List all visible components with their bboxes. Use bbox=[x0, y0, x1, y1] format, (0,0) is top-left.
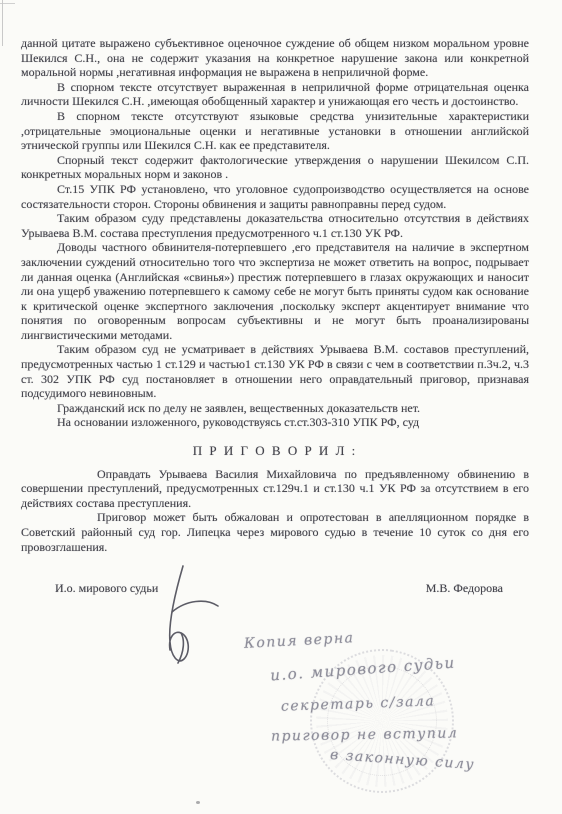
handwritten-note-line: приговор не вступил bbox=[271, 725, 459, 744]
handwritten-note-line: Копия верна bbox=[244, 630, 355, 652]
scan-artifact-top-edge bbox=[0, 3, 15, 4]
operative-paragraph: Приговор может быть обжалован и опротест… bbox=[21, 510, 529, 554]
operative-paragraph: Оправдать Урываева Василия Михайловича п… bbox=[21, 467, 529, 511]
body-paragraph: В спорном тексте отсутствует выраженная … bbox=[21, 80, 529, 109]
body-paragraph: Доводы частного обвинителя-потерпевшего … bbox=[21, 240, 529, 342]
scanned-court-document-page: данной цитате выражено субъективное оцен… bbox=[0, 0, 562, 814]
body-paragraph: данной цитате выражено субъективное оцен… bbox=[21, 36, 529, 80]
body-paragraph: Гражданский иск по делу не заявлен, веще… bbox=[21, 401, 529, 416]
body-paragraph: Таким образом суд не усматривает в дейст… bbox=[21, 342, 529, 400]
judge-name: М.В. Федорова bbox=[426, 581, 503, 596]
body-paragraph: Ст.15 УПК РФ установлено, что уголовное … bbox=[21, 182, 529, 211]
scan-artifact-speck bbox=[196, 801, 200, 804]
body-paragraph: Спорный текст содержит фактологические у… bbox=[21, 153, 529, 182]
signature-row: И.о. мирового судьи М.В. Федорова bbox=[21, 581, 529, 596]
body-paragraph: На основании изложенного, руководствуясь… bbox=[21, 415, 529, 430]
judge-title: И.о. мирового судьи bbox=[55, 581, 158, 596]
document-body: данной цитате выражено субъективное оцен… bbox=[21, 36, 529, 596]
scan-artifact-left-edge bbox=[2, 0, 3, 46]
judge-signature-stroke bbox=[158, 560, 228, 670]
verdict-heading: П Р И Г О В О Р И Л : bbox=[21, 444, 529, 459]
body-paragraph: Таким образом суду представлены доказате… bbox=[21, 211, 529, 240]
body-paragraph: В спорном тексте отсутствуют языковые ср… bbox=[21, 109, 529, 153]
